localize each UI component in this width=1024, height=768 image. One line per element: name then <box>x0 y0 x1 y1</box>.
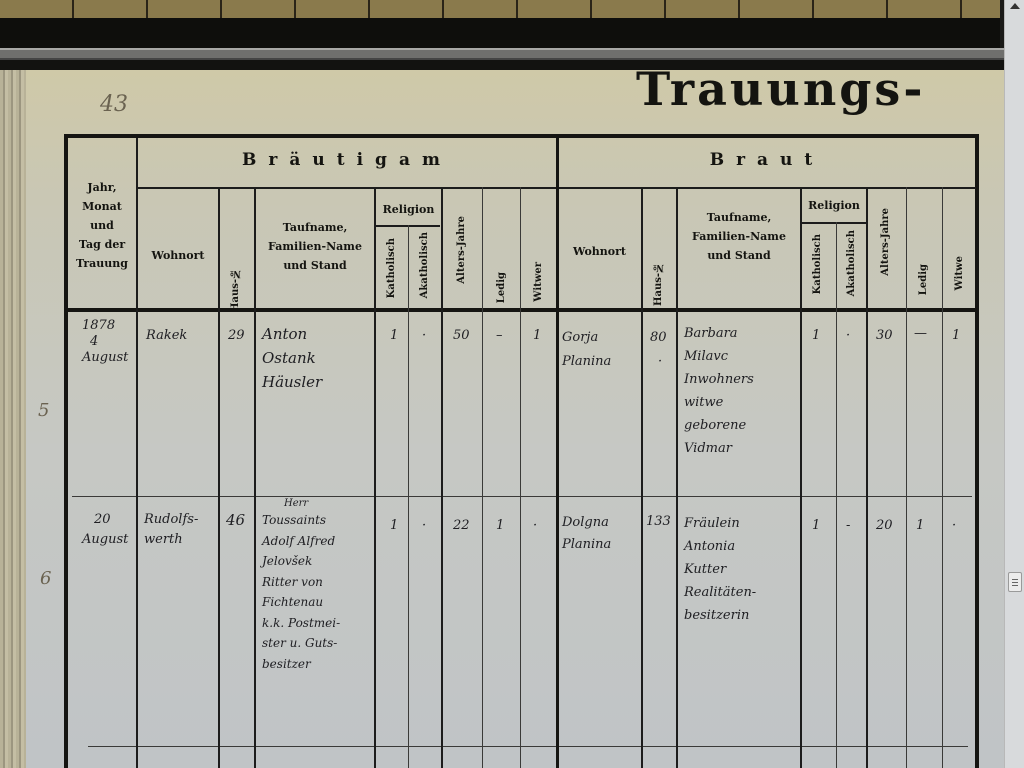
name-line: besitzerin <box>684 604 756 627</box>
name-line: Anton <box>262 322 322 346</box>
bride-age-header: Alters-Jahre <box>880 208 891 276</box>
name-line: Ritter von <box>262 572 340 593</box>
bride-residence: Dolgna Planina <box>562 512 611 556</box>
margin-entry-number: 5 <box>38 400 49 421</box>
date-column-header: Jahr, Monat und Tag der Trauung <box>68 178 136 273</box>
groom-name: Anton Ostank Häusler <box>262 322 322 394</box>
groom-widowed-mark: · <box>533 516 537 536</box>
col-divider <box>676 187 678 768</box>
bride-group-header: Braut <box>558 150 976 170</box>
bride-house-number: 133 <box>646 512 671 532</box>
name-line: Antonia <box>684 535 756 558</box>
header-line: Taufname, <box>678 208 800 227</box>
col-divider <box>482 187 483 768</box>
residence-line: Gorja <box>562 326 611 350</box>
bride-house-number: 80 · <box>650 326 667 374</box>
bride-house-header: Haus-№ <box>653 262 664 306</box>
date-month: August <box>82 530 128 550</box>
groom-residence: Rakek <box>146 326 187 346</box>
residence-line: Planina <box>562 350 611 374</box>
header-line: Familien-Name <box>678 227 800 246</box>
house-number-mark: · <box>650 350 667 374</box>
page-stack-edges <box>0 70 26 768</box>
bride-widowed-mark: 1 <box>952 326 960 346</box>
bride-name-header: Taufname, Familien-Name und Stand <box>678 208 800 265</box>
margin-entry-number: 6 <box>40 568 51 589</box>
name-line: Fichtenau <box>262 592 340 613</box>
header-line: und Stand <box>256 256 374 275</box>
entry-divider <box>72 496 972 497</box>
name-line: k.k. Postmei- <box>262 613 340 634</box>
groom-noncatholic-header: Akatholisch <box>419 232 430 298</box>
register-page: 43 Trauungs- 5 6 Jahr, Monat und T <box>0 70 1004 768</box>
groom-single-mark: 1 <box>496 516 504 536</box>
bride-single-mark: — <box>914 324 927 344</box>
bride-residence: Gorja Planina <box>562 326 611 374</box>
grip-line-icon <box>1012 582 1018 583</box>
header-line: Monat <box>68 197 136 216</box>
date-year: 1878 <box>82 318 128 334</box>
date-month: August <box>82 350 128 366</box>
name-line: Ostank <box>262 346 322 370</box>
name-line: Adolf Alfred <box>262 531 340 552</box>
bride-religion-divider <box>800 222 866 224</box>
col-divider <box>800 187 802 768</box>
groom-noncatholic-mark: · <box>422 326 426 346</box>
bride-name: Fräulein Antonia Kutter Realitäten- besi… <box>684 512 756 627</box>
col-divider <box>136 138 138 768</box>
bride-single-header: Ledig <box>918 264 929 295</box>
bride-name: Barbara Milavc Inwohners witwe geborene … <box>684 322 754 460</box>
col-divider <box>641 187 643 768</box>
entry-date: 1878 4 August <box>82 318 128 366</box>
groom-house-number: 29 <box>228 326 245 346</box>
residence-line: Dolgna <box>562 512 611 534</box>
entry-date: 20 August <box>82 510 128 550</box>
bride-catholic-header: Katholisch <box>812 234 823 294</box>
bride-catholic-mark: 1 <box>812 516 820 536</box>
date-day: 4 <box>82 334 128 350</box>
header-bottom-rule <box>68 308 976 312</box>
groom-house-number: 46 <box>226 510 245 530</box>
name-line: Jelovšek <box>262 551 340 572</box>
header-line: Familien-Name <box>256 237 374 256</box>
groom-single-header: Ledig <box>496 272 507 303</box>
residence-line: werth <box>144 530 198 550</box>
date-day: 20 <box>82 510 128 530</box>
name-line: Milavc <box>684 345 754 368</box>
name-line: Fräulein <box>684 512 756 535</box>
groom-bride-divider <box>556 138 559 768</box>
name-line: besitzer <box>262 654 340 675</box>
grip-line-icon <box>1012 579 1018 580</box>
groom-group-header: Bräutigam <box>138 150 556 170</box>
name-line: witwe <box>684 391 754 414</box>
groom-religion-header: Religion <box>376 200 441 219</box>
groom-catholic-header: Katholisch <box>386 238 397 298</box>
groom-religion-divider <box>374 225 440 227</box>
name-line: Häusler <box>262 370 322 394</box>
groom-name-header: Taufname, Familien-Name und Stand <box>256 218 374 275</box>
previous-page-strip <box>0 0 1000 18</box>
bride-age: 30 <box>876 326 893 346</box>
header-line: Taufname, <box>256 218 374 237</box>
name-line: Realitäten- <box>684 581 756 604</box>
groom-house-header: Haus-№ <box>230 268 241 312</box>
name-line: Kutter <box>684 558 756 581</box>
page-number: 43 <box>100 92 128 117</box>
groom-noncatholic-mark: · <box>422 516 426 536</box>
name-line: Toussaints <box>262 510 340 531</box>
bride-religion-header: Religion <box>802 196 866 215</box>
name-line: Vidmar <box>684 437 754 460</box>
groom-widowed-header: Witwer <box>533 262 544 302</box>
residence-line: Rudolfs- <box>144 510 198 530</box>
header-line: Trauung <box>68 254 136 273</box>
residence-line: Planina <box>562 534 611 556</box>
name-line: geborene <box>684 414 754 437</box>
name-line: Herr <box>262 498 340 510</box>
header-line: Jahr, <box>68 178 136 197</box>
groom-catholic-mark: 1 <box>390 516 398 536</box>
groom-residence-header: Wohnort <box>138 246 218 265</box>
name-line: Inwohners <box>684 368 754 391</box>
bride-noncatholic-header: Akatholisch <box>846 230 857 296</box>
name-line: Barbara <box>684 322 754 345</box>
bride-widowed-header: Witwe <box>954 256 965 290</box>
groom-residence: Rudolfs- werth <box>144 510 198 550</box>
col-divider <box>836 222 837 768</box>
scroll-up-arrow-icon[interactable] <box>1010 3 1020 9</box>
col-divider <box>218 187 220 768</box>
col-divider <box>906 187 907 768</box>
col-divider <box>942 187 943 768</box>
col-divider <box>866 187 868 768</box>
grip-line-icon <box>1012 585 1018 586</box>
house-number: 80 <box>650 326 667 350</box>
book-spine-shadow <box>0 18 1000 48</box>
groom-name: Herr Toussaints Adolf Alfred Jelovšek Ri… <box>262 498 340 674</box>
groom-age: 22 <box>453 516 470 536</box>
vertical-scrollbar[interactable] <box>1004 0 1024 768</box>
groom-widowed-mark: 1 <box>533 326 541 346</box>
header-line: und Stand <box>678 246 800 265</box>
col-divider <box>441 187 443 768</box>
header-line: und <box>68 216 136 235</box>
groom-single-mark: – <box>496 326 503 346</box>
name-line: ster u. Guts- <box>262 633 340 654</box>
scrollbar-thumb[interactable] <box>1008 572 1022 592</box>
bride-catholic-mark: 1 <box>812 326 820 346</box>
col-divider <box>520 187 521 768</box>
page-title: Trauungs- <box>636 62 925 116</box>
bride-noncatholic-mark: - <box>846 516 850 536</box>
viewer-divider <box>0 48 1004 60</box>
bride-noncatholic-mark: · <box>846 326 850 346</box>
col-divider <box>374 187 376 768</box>
header-line: Tag der <box>68 235 136 254</box>
groom-age: 50 <box>453 326 470 346</box>
bride-age: 20 <box>876 516 893 536</box>
groom-catholic-mark: 1 <box>390 326 398 346</box>
bride-widowed-mark: · <box>952 516 956 536</box>
groom-age-header: Alters-Jahre <box>456 216 467 284</box>
col-divider <box>408 225 409 768</box>
bride-residence-header: Wohnort <box>558 242 641 261</box>
bride-single-mark: 1 <box>916 516 924 536</box>
marriage-register-table: Jahr, Monat und Tag der Trauung Bräutiga… <box>64 134 979 768</box>
